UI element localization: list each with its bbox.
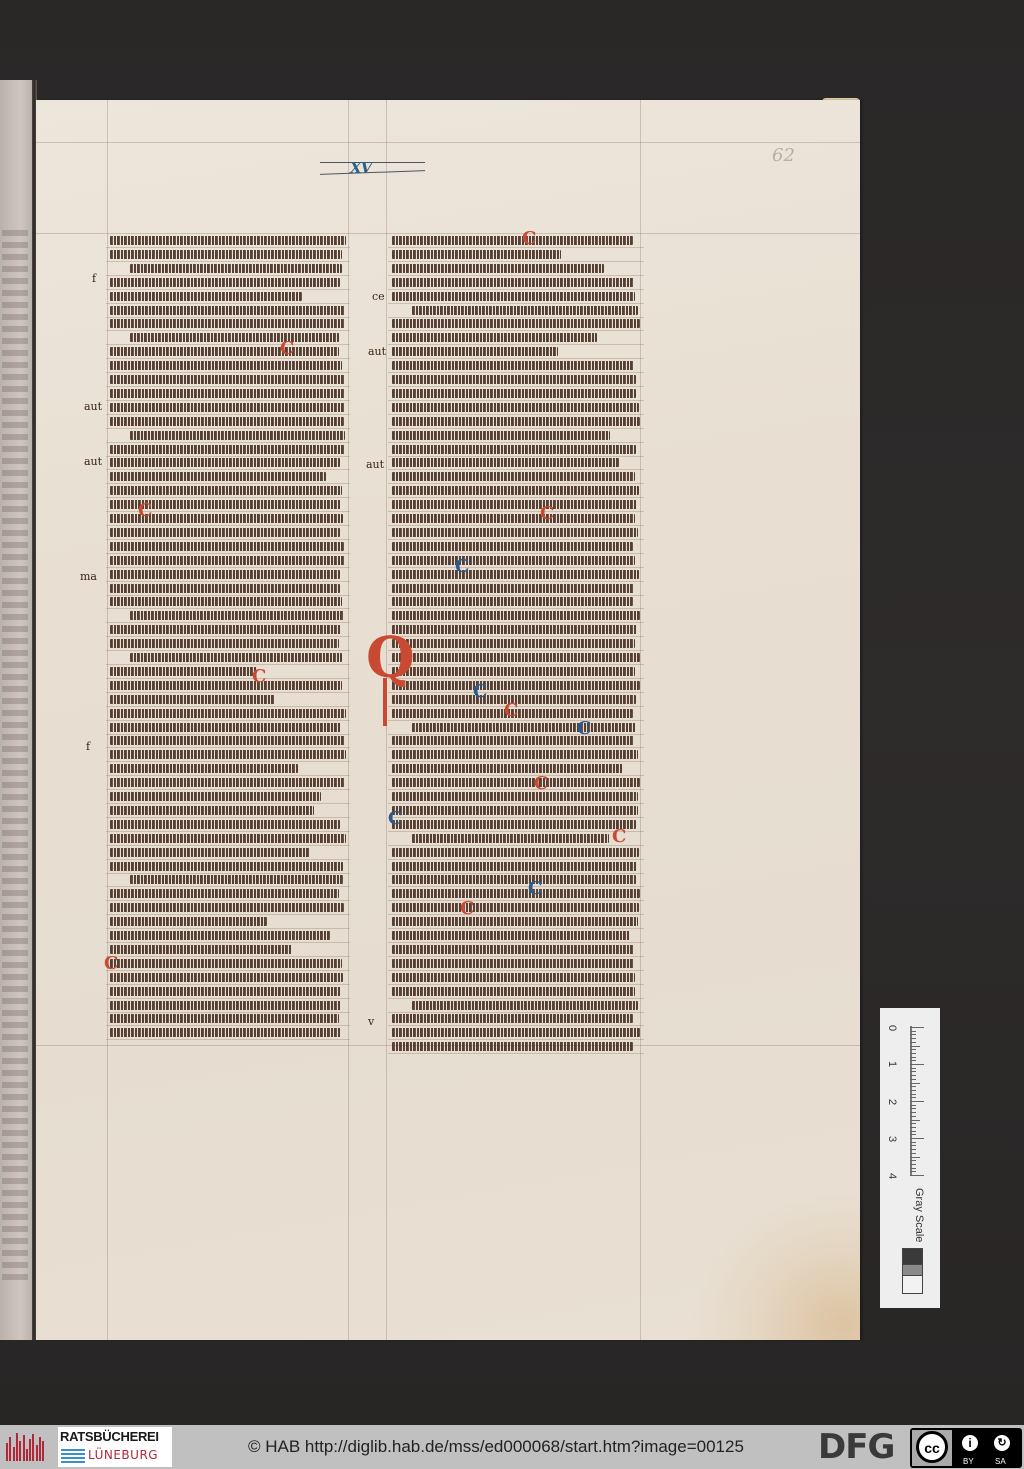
scale-tick <box>910 1057 916 1058</box>
script-line <box>110 709 346 718</box>
ruling-line <box>388 928 644 929</box>
ruling-line <box>388 456 644 457</box>
ruling-line <box>388 1039 644 1040</box>
ruling-line <box>106 595 350 596</box>
script-line <box>392 319 640 328</box>
script-line <box>110 361 342 370</box>
ruling-line <box>106 914 350 915</box>
script-line <box>392 445 636 454</box>
script-line <box>392 514 635 523</box>
ruling-line <box>388 469 644 470</box>
ruling-line <box>106 317 350 318</box>
ruling-line <box>388 970 644 971</box>
script-line <box>110 584 340 593</box>
cc-license-badge[interactable]: cc i ↻ BY SA <box>910 1428 1022 1468</box>
red-paragraph-initial: C <box>280 340 294 358</box>
script-line <box>392 764 623 773</box>
ruling-line <box>388 775 644 776</box>
script-line <box>392 736 634 745</box>
ruling-line <box>106 928 350 929</box>
script-line <box>130 264 342 273</box>
decorated-initial-tail <box>383 678 387 726</box>
marginal-gloss: f <box>86 740 90 753</box>
script-line <box>110 681 342 690</box>
script-line <box>392 250 561 259</box>
script-line <box>392 820 636 829</box>
sa-label: SA <box>995 1457 1006 1466</box>
ruling-line <box>388 692 644 693</box>
script-line <box>110 417 344 426</box>
ruling-line <box>388 372 644 373</box>
script-line <box>110 973 343 982</box>
scale-tick-label: 1 <box>886 1061 898 1067</box>
share-alike-icon: ↻ <box>992 1433 1012 1453</box>
scale-tick-label: 0 <box>886 1025 898 1031</box>
script-line <box>392 500 637 509</box>
script-line <box>392 486 639 495</box>
ruling-line <box>388 761 644 762</box>
ruling-line <box>106 400 350 401</box>
scale-tick <box>910 1105 916 1106</box>
ruling-line <box>388 747 644 748</box>
script-line <box>392 389 636 398</box>
ruling-line <box>106 942 350 943</box>
ruling-line <box>36 142 860 143</box>
ruling-line <box>388 275 644 276</box>
ruling-line <box>106 608 350 609</box>
script-line <box>110 1001 341 1010</box>
scale-tick <box>910 1138 924 1139</box>
script-line <box>110 556 345 565</box>
emblem-bar <box>32 1434 34 1461</box>
ruling-line <box>106 706 350 707</box>
ruling-line <box>106 247 350 248</box>
ruling-line <box>106 358 350 359</box>
ruling-line <box>106 456 350 457</box>
blue-paragraph-initial: C <box>577 720 591 738</box>
ruling-line <box>388 414 644 415</box>
ruling-line <box>388 289 644 290</box>
script-line <box>392 862 637 871</box>
script-line <box>110 486 342 495</box>
marginal-gloss: aut <box>84 455 102 468</box>
ruling-line <box>106 497 350 498</box>
ruling-line <box>388 817 644 818</box>
ruling-line <box>106 886 350 887</box>
scale-tick <box>910 1175 924 1176</box>
ruling-line <box>36 233 860 234</box>
script-line <box>110 889 339 898</box>
ruling-line <box>388 678 644 679</box>
ruling-line <box>388 859 644 860</box>
running-head-numeral: XV <box>350 159 371 177</box>
ruling-line <box>106 803 350 804</box>
attribution-icon: i <box>960 1433 980 1453</box>
ruling-line <box>106 553 350 554</box>
script-line <box>110 959 342 968</box>
script-line <box>392 917 638 926</box>
script-line <box>392 528 638 537</box>
ruling-line <box>388 511 644 512</box>
script-line <box>130 653 342 662</box>
script-line <box>110 250 342 259</box>
ruling-line <box>106 581 350 582</box>
marginal-gloss: aut <box>368 345 386 358</box>
scale-tick <box>910 1171 916 1172</box>
ruling-line <box>388 831 644 832</box>
scale-tick <box>910 1068 916 1069</box>
script-line <box>110 736 345 745</box>
script-line <box>110 806 314 815</box>
script-line <box>110 987 341 996</box>
script-line <box>392 584 634 593</box>
scale-tick <box>910 1123 916 1124</box>
ruling-line <box>388 358 644 359</box>
ruling-line <box>106 567 350 568</box>
ruling-line <box>106 539 350 540</box>
ruling-line <box>388 845 644 846</box>
script-line <box>130 875 343 884</box>
ruling-line <box>106 734 350 735</box>
script-line <box>110 639 339 648</box>
red-paragraph-initial: C <box>252 668 266 686</box>
scale-tick <box>910 1097 916 1098</box>
script-line <box>412 1001 638 1010</box>
script-line <box>110 445 345 454</box>
book-waves-icon <box>61 1449 85 1465</box>
blue-paragraph-initial: C <box>473 683 487 701</box>
copyright-link[interactable]: © HAB http://diglib.hab.de/mss/ed000068/… <box>248 1437 744 1457</box>
script-line <box>110 292 302 301</box>
ruling-line <box>106 1012 350 1013</box>
emblem-bars-icon <box>6 1433 46 1461</box>
ruling-line <box>106 372 350 373</box>
script-line <box>392 264 604 273</box>
script-line <box>110 458 340 467</box>
ruling-line <box>388 873 644 874</box>
scale-tick <box>910 1168 916 1169</box>
script-line <box>110 1014 339 1023</box>
script-line <box>110 597 342 606</box>
scale-tick <box>910 1060 916 1061</box>
ruling-line <box>106 525 350 526</box>
script-line <box>110 862 343 871</box>
script-line <box>392 778 640 787</box>
ruling-line <box>106 831 350 832</box>
red-paragraph-initial: C <box>460 900 474 918</box>
scale-tick-label: 4 <box>886 1173 898 1179</box>
ruling-line <box>388 442 644 443</box>
scale-tick <box>910 1071 916 1072</box>
ruling-line <box>106 469 350 470</box>
ruling-line <box>388 539 644 540</box>
red-paragraph-initial: C <box>540 505 554 523</box>
ruling-line <box>106 873 350 874</box>
script-line <box>412 834 609 843</box>
script-line <box>110 319 345 328</box>
script-line <box>392 570 639 579</box>
scale-tick <box>910 1046 920 1047</box>
ruling-line <box>388 1012 644 1013</box>
blue-paragraph-initial: C <box>455 558 469 576</box>
ruling-line <box>388 303 644 304</box>
emblem-bar <box>26 1449 28 1461</box>
script-line <box>392 417 640 426</box>
script-line <box>392 681 640 690</box>
script-line <box>392 431 610 440</box>
script-line <box>392 750 638 759</box>
script-line <box>392 931 630 940</box>
ruling-line <box>388 1053 644 1054</box>
facing-page-text <box>2 230 28 1280</box>
script-line <box>392 333 597 342</box>
script-line <box>392 556 635 565</box>
gray-swatch-dark <box>902 1248 923 1265</box>
ruling-line <box>388 956 644 957</box>
blue-paragraph-initial: C <box>388 810 402 828</box>
script-line <box>392 458 619 467</box>
blue-paragraph-initial: C <box>528 880 542 898</box>
scale-tick <box>910 1101 924 1102</box>
ruling-line <box>388 261 644 262</box>
script-line <box>392 597 633 606</box>
red-paragraph-initial: C <box>504 702 518 720</box>
library-logo[interactable]: RATSBÜCHEREI LÜNEBURG <box>58 1427 172 1467</box>
script-line <box>392 236 633 245</box>
scale-tick <box>910 1075 916 1076</box>
ruling-line <box>106 692 350 693</box>
running-head: XV <box>320 160 425 176</box>
script-line <box>392 1028 640 1037</box>
ruling-line <box>388 1025 644 1026</box>
script-line <box>110 750 346 759</box>
ruling-line <box>388 553 644 554</box>
script-line <box>392 653 640 662</box>
library-logo-name: RATSBÜCHEREI <box>60 1429 159 1444</box>
scale-tick <box>910 1083 920 1084</box>
emblem-bar <box>23 1435 25 1461</box>
script-line <box>110 389 345 398</box>
script-line <box>130 431 345 440</box>
red-paragraph-initial: C <box>534 775 548 793</box>
marginal-gloss: ma <box>80 570 97 583</box>
ruling-line <box>106 956 350 957</box>
ruling-line <box>106 970 350 971</box>
ruling-line <box>388 789 644 790</box>
gray-scale-label: Gray Scale <box>913 1188 925 1242</box>
by-label: BY <box>963 1457 974 1466</box>
script-line <box>110 723 341 732</box>
ruling-line <box>106 789 350 790</box>
script-line <box>110 347 339 356</box>
ruling-line <box>106 775 350 776</box>
script-line <box>392 611 640 620</box>
ruling-line <box>388 483 644 484</box>
ruling-line <box>106 275 350 276</box>
scale-tick-label: 2 <box>886 1099 898 1105</box>
scale-tick <box>910 1086 916 1087</box>
marginal-gloss: aut <box>366 458 384 471</box>
ruling-line <box>388 622 644 623</box>
script-line <box>392 403 639 412</box>
script-line <box>392 375 636 384</box>
ruling-line <box>106 817 350 818</box>
scale-tick <box>910 1120 920 1121</box>
script-line <box>130 333 339 342</box>
cc-icon-label: cc <box>924 1440 940 1456</box>
ruling-line <box>106 720 350 721</box>
script-line <box>110 931 330 940</box>
ruling-line <box>388 636 644 637</box>
ruling-line <box>106 845 350 846</box>
ruling-line <box>388 914 644 915</box>
dfg-logo[interactable]: DFG <box>818 1429 894 1465</box>
script-line <box>110 542 344 551</box>
red-paragraph-initial: C <box>104 955 118 973</box>
ruling-line <box>106 289 350 290</box>
marginal-gloss: v <box>368 1015 374 1028</box>
script-line <box>392 1042 633 1051</box>
ruling-line <box>106 414 350 415</box>
cc-icon: cc <box>916 1431 948 1463</box>
script-line <box>392 361 634 370</box>
ruling-line <box>106 428 350 429</box>
script-line <box>392 987 635 996</box>
script-line <box>392 848 639 857</box>
emblem-bar <box>36 1445 38 1461</box>
ruling-line <box>106 747 350 748</box>
scale-tick <box>910 1145 916 1146</box>
scale-tick <box>910 1164 916 1165</box>
script-line <box>110 792 321 801</box>
script-line <box>392 347 558 356</box>
ruling-line <box>388 734 644 735</box>
emblem-bar <box>39 1437 41 1461</box>
ruling-line <box>106 998 350 999</box>
ruling-line <box>388 886 644 887</box>
ruling-line <box>106 678 350 679</box>
script-line <box>110 778 345 787</box>
folio-number: 62 <box>772 145 795 166</box>
script-line <box>392 875 636 884</box>
ruling-line <box>388 595 644 596</box>
script-line <box>392 945 634 954</box>
script-line <box>110 1028 341 1037</box>
ruling-line <box>388 386 644 387</box>
ruling-line <box>388 247 644 248</box>
gray-swatch-light <box>902 1275 923 1294</box>
scale-tick <box>910 1134 916 1135</box>
viewer-footer: RATSBÜCHEREI LÜNEBURG © HAB http://digli… <box>0 1425 1024 1469</box>
script-line <box>110 945 292 954</box>
script-line <box>110 917 267 926</box>
ruling-line <box>106 303 350 304</box>
ruling-line <box>388 998 644 999</box>
ruling-line <box>388 567 644 568</box>
script-line <box>110 764 298 773</box>
script-line <box>392 973 635 982</box>
emblem-bar <box>29 1439 31 1461</box>
script-line <box>392 542 633 551</box>
ruling-line <box>388 650 644 651</box>
scale-tick <box>910 1112 916 1113</box>
script-line <box>110 528 340 537</box>
script-line <box>392 292 635 301</box>
script-line <box>412 723 636 732</box>
ruling-line <box>388 581 644 582</box>
script-line <box>110 667 257 676</box>
ruling-line <box>106 636 350 637</box>
ruling-line <box>106 1025 350 1026</box>
script-line <box>110 306 345 315</box>
ruling-line <box>388 317 644 318</box>
ruling-line <box>388 900 644 901</box>
ruling-line <box>106 984 350 985</box>
script-line <box>110 625 341 634</box>
emblem-bar <box>6 1443 8 1461</box>
scale-tick <box>910 1053 916 1054</box>
script-line <box>110 903 344 912</box>
ruling-line <box>106 761 350 762</box>
running-head-rule <box>320 170 425 175</box>
script-line <box>392 639 635 648</box>
library-emblem <box>0 1425 56 1469</box>
library-logo-city: LÜNEBURG <box>88 1448 158 1462</box>
ruling-line <box>106 442 350 443</box>
ruling-line <box>106 900 350 901</box>
ruling-line <box>388 525 644 526</box>
script-line <box>110 375 345 384</box>
ruling-line <box>106 650 350 651</box>
scale-tick <box>910 1127 916 1128</box>
ruling-line <box>388 942 644 943</box>
scale-tick <box>910 1149 916 1150</box>
scale-tick <box>910 1049 916 1050</box>
script-line <box>130 611 344 620</box>
scale-tick <box>910 1160 916 1161</box>
script-line <box>392 472 635 481</box>
ruling-line <box>106 1039 350 1040</box>
scale-tick <box>910 1064 924 1065</box>
ruling-line <box>106 622 350 623</box>
scale-tick <box>910 1042 916 1043</box>
emblem-bar <box>9 1437 11 1461</box>
ruling-line <box>106 483 350 484</box>
ruling-line <box>388 344 644 345</box>
script-line <box>110 834 346 843</box>
ruling-line <box>388 400 644 401</box>
ruling-line <box>388 803 644 804</box>
emblem-bar <box>13 1447 15 1461</box>
scale-tick <box>910 1108 916 1109</box>
emblem-bar <box>19 1441 21 1461</box>
script-line <box>392 1014 633 1023</box>
scale-tick <box>910 1027 924 1028</box>
script-line <box>392 625 637 634</box>
script-line <box>392 903 639 912</box>
ruling-line <box>388 984 644 985</box>
scale-tick <box>910 1034 916 1035</box>
ruling-line <box>106 261 350 262</box>
facing-page-edge <box>0 80 34 1340</box>
scale-tick <box>910 1116 916 1117</box>
script-line <box>110 403 345 412</box>
emblem-bar <box>16 1433 18 1461</box>
ruling-line <box>388 664 644 665</box>
script-line <box>392 667 635 676</box>
script-line <box>392 792 638 801</box>
marginal-gloss: aut <box>84 400 102 413</box>
